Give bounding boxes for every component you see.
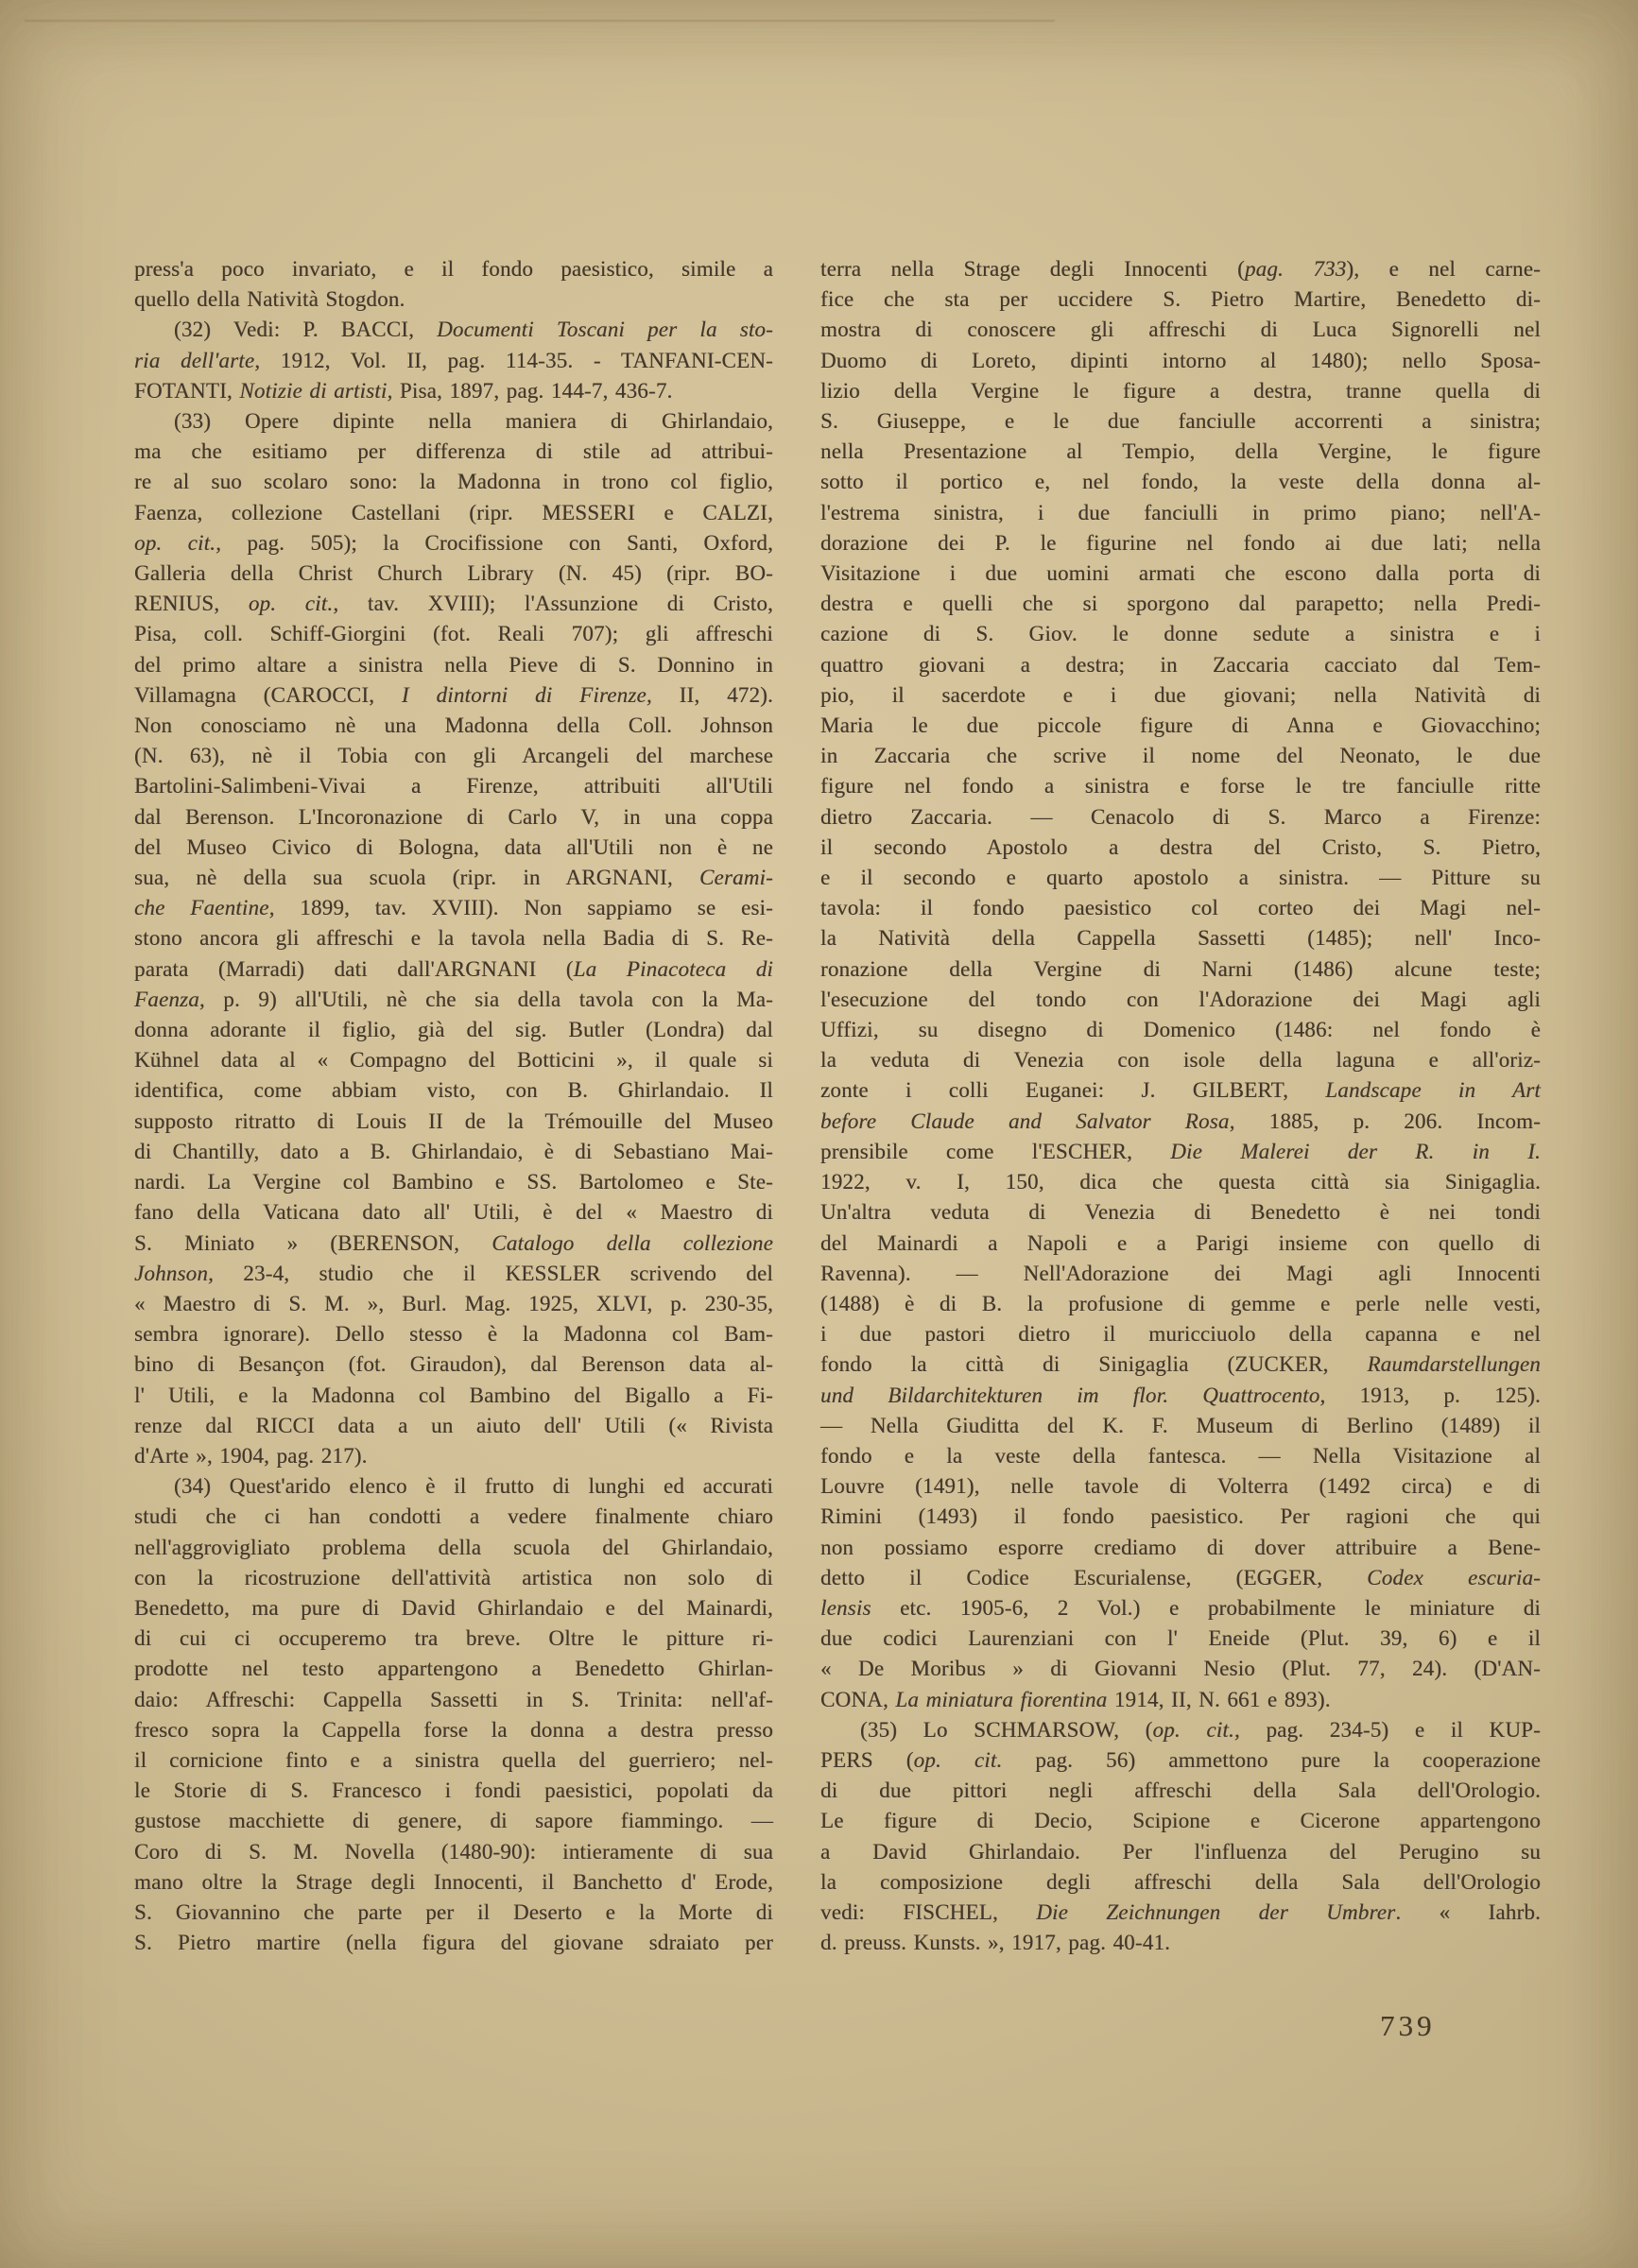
text-segment: ma che esitiamo per differenza di stile … <box>134 439 773 463</box>
text-segment: FOTANTI, <box>134 379 239 403</box>
text-line: ria dell'arte, 1912, Vol. II, pag. 114-3… <box>134 346 773 376</box>
text-line: la Natività della Cappella Sassetti (148… <box>820 923 1541 954</box>
text-line: 1922, v. I, 150, dica che questa città s… <box>820 1167 1541 1197</box>
text-segment: — Nella Giuditta del K. F. Museum di Ber… <box>820 1414 1541 1437</box>
italic-text-segment: Johnson, <box>134 1262 214 1285</box>
text-segment: nell'aggrovigliato problema della scuola… <box>134 1536 773 1559</box>
text-line: FOTANTI, Notizie di artisti, Pisa, 1897,… <box>134 376 773 406</box>
text-line: renze dal RICCI data a un aiuto dell' Ut… <box>134 1411 773 1441</box>
text-segment: di cui ci occuperemo tra breve. Oltre le… <box>134 1626 773 1650</box>
text-segment: CONA, <box>820 1688 895 1711</box>
text-line: bino di Besançon (fot. Giraudon), dal Be… <box>134 1349 773 1380</box>
text-segment: quello della Natività Stogdon. <box>134 287 405 311</box>
text-line: l'estrema sinistra, i due fanciulli in p… <box>820 498 1541 528</box>
text-line: Visitazione i due uomini armati che esco… <box>820 558 1541 589</box>
text-line: d. preuss. Kunsts. », 1917, pag. 40-41. <box>820 1928 1541 1958</box>
text-line: di due pittori negli affreschi della Sal… <box>820 1776 1541 1806</box>
text-segment: con la ricostruzione dell'attività artis… <box>134 1566 773 1589</box>
text-line: Maria le due piccole figure di Anna e Gi… <box>820 711 1541 741</box>
text-segment: vedi: FISCHEL, <box>820 1900 1036 1924</box>
text-segment: press'a poco invariato, e il fondo paesi… <box>134 257 773 281</box>
italic-text-segment: lensis <box>820 1596 871 1620</box>
text-line: Pisa, coll. Schiff-Giorgini (fot. Reali … <box>134 619 773 649</box>
text-segment: sembra ignorare). Dello stesso è la Mado… <box>134 1322 773 1346</box>
text-segment: S. Giuseppe, e le due fanciulle accorren… <box>820 409 1541 433</box>
text-line: Uffizi, su disegno di Domenico (1486: ne… <box>820 1015 1541 1045</box>
text-line: gustose macchiette di genere, di sapore … <box>134 1806 773 1836</box>
text-line: di cui ci occuperemo tra breve. Oltre le… <box>134 1624 773 1654</box>
text-segment: fondo e la veste della fantesca. — Nella… <box>820 1444 1541 1468</box>
italic-text-segment: op. cit. <box>914 1748 1003 1772</box>
text-line: Rimini (1493) il fondo paesistico. Per r… <box>820 1502 1541 1532</box>
text-segment: d. preuss. Kunsts. », 1917, pag. 40-41. <box>820 1931 1170 1954</box>
text-line: fice che sta per uccidere S. Pietro Mart… <box>820 284 1541 315</box>
text-segment: Rimini (1493) il fondo paesistico. Per r… <box>820 1504 1541 1528</box>
text-segment: due codici Laurenziani con l' Eneide (Pl… <box>820 1626 1541 1650</box>
italic-text-segment: und Bildarchitekturen im flor. Quattroce… <box>820 1383 1325 1407</box>
text-segment: Ravenna). — Nell'Adorazione dei Magi agl… <box>820 1262 1541 1285</box>
text-segment: (35) Lo SCHMARSOW, ( <box>860 1718 1152 1742</box>
text-line: op. cit., pag. 505); la Crocifissione co… <box>134 528 773 558</box>
text-segment: parata (Marradi) dati dall'ARGNANI ( <box>134 957 574 981</box>
text-segment: Pisa, coll. Schiff-Giorgini (fot. Reali … <box>134 622 773 645</box>
text-line: quattro giovani a destra; in Zaccaria ca… <box>820 650 1541 680</box>
text-line: studi che ci han condotti a vedere final… <box>134 1502 773 1532</box>
text-line: del Museo Civico di Bologna, data all'Ut… <box>134 833 773 863</box>
book-page: press'a poco invariato, e il fondo paesi… <box>0 0 1638 2268</box>
text-line: il secondo Apostolo a destra del Cristo,… <box>820 833 1541 863</box>
text-segment: terra nella Strage degli Innocenti ( <box>820 257 1245 281</box>
text-segment: Villamagna (CAROCCI, <box>134 683 402 707</box>
text-line: la composizione degli affreschi della Sa… <box>820 1867 1541 1898</box>
text-line: del Mainardi a Napoli e a Parigi insieme… <box>820 1228 1541 1259</box>
text-line: Benedetto, ma pure di David Ghirlandaio … <box>134 1593 773 1624</box>
text-line: detto il Codice Escurialense, (EGGER, Co… <box>820 1563 1541 1593</box>
text-line: (32) Vedi: P. BACCI, Documenti Toscani p… <box>134 315 773 345</box>
text-line: sembra ignorare). Dello stesso è la Mado… <box>134 1319 773 1349</box>
text-line: Ravenna). — Nell'Adorazione dei Magi agl… <box>820 1259 1541 1289</box>
text-line: zonte i colli Euganei: J. GILBERT, Lands… <box>820 1075 1541 1106</box>
text-segment: mano oltre la Strage degli Innocenti, il… <box>134 1870 773 1894</box>
text-segment: pio, il sacerdote e i due giovani; nella… <box>820 683 1541 707</box>
text-segment: (32) Vedi: P. BACCI, <box>174 318 437 341</box>
italic-text-segment: Codex escuria- <box>1367 1566 1541 1589</box>
text-line: before Claude and Salvator Rosa, 1885, p… <box>820 1107 1541 1137</box>
text-segment: 23-4, studio che il KESSLER scrivendo de… <box>214 1262 773 1285</box>
italic-text-segment: Die Zeichnungen der Umbrer <box>1036 1900 1395 1924</box>
italic-text-segment: Catalogo della collezione <box>491 1231 773 1255</box>
text-segment: detto il Codice Escurialense, (EGGER, <box>820 1566 1367 1589</box>
text-segment: il secondo Apostolo a destra del Cristo,… <box>820 835 1541 859</box>
text-line: nella Presentazione al Tempio, della Ver… <box>820 437 1541 467</box>
text-line: in Zaccaria che scrive il nome del Neona… <box>820 741 1541 771</box>
text-segment: e il secondo e quarto apostolo a sinistr… <box>820 866 1541 889</box>
text-line: parata (Marradi) dati dall'ARGNANI (La P… <box>134 954 773 985</box>
text-segment: tavola: il fondo paesistico col corteo d… <box>820 896 1541 919</box>
text-segment: 1913, p. 125). <box>1325 1383 1541 1407</box>
text-line: PERS (op. cit. pag. 56) ammettono pure l… <box>820 1745 1541 1776</box>
text-line: Un'altra veduta di Venezia di Benedetto … <box>820 1197 1541 1228</box>
text-line: S. Giovannino che parte per il Deserto e… <box>134 1898 773 1928</box>
text-segment: l'estrema sinistra, i due fanciulli in p… <box>820 501 1541 524</box>
text-segment: . « Iahrb. <box>1395 1900 1541 1924</box>
text-line: due codici Laurenziani con l' Eneide (Pl… <box>820 1624 1541 1654</box>
text-segment: dorazione dei P. le figurine nel fondo a… <box>820 531 1541 555</box>
text-segment: identifica, come abbiam visto, con B. Gh… <box>134 1078 773 1102</box>
text-line: del primo altare a sinistra nella Pieve … <box>134 650 773 680</box>
text-segment: fresco sopra la Cappella forse la donna … <box>134 1718 773 1742</box>
text-segment: del primo altare a sinistra nella Pieve … <box>134 653 773 677</box>
text-line: Galleria della Christ Church Library (N.… <box>134 558 773 589</box>
text-segment: a David Ghirlandaio. Per l'influenza del… <box>820 1840 1541 1864</box>
text-line: pio, il sacerdote e i due giovani; nella… <box>820 680 1541 711</box>
text-segment: non possiamo esporre crediamo di dover a… <box>820 1536 1541 1559</box>
text-line: a David Ghirlandaio. Per l'influenza del… <box>820 1837 1541 1867</box>
text-segment: studi che ci han condotti a vedere final… <box>134 1504 773 1528</box>
text-segment: « De Moribus » di Giovanni Nesio (Plut. … <box>820 1657 1541 1680</box>
text-segment: donna adorante il figlio, già del sig. B… <box>134 1018 773 1041</box>
text-line: di Chantilly, dato a B. Ghirlandaio, è d… <box>134 1137 773 1167</box>
text-segment: Galleria della Christ Church Library (N.… <box>134 561 773 585</box>
italic-text-segment: Cerami- <box>699 866 773 889</box>
text-segment: dietro Zaccaria. — Cenacolo di S. Marco … <box>820 805 1541 829</box>
text-segment: fice che sta per uccidere S. Pietro Mart… <box>820 287 1541 311</box>
text-line: prodotte nel testo appartengono a Benede… <box>134 1654 773 1684</box>
text-line: (1488) è di B. la profusione di gemme e … <box>820 1289 1541 1319</box>
text-line: ronazione della Vergine di Narni (1486) … <box>820 954 1541 985</box>
text-line: (35) Lo SCHMARSOW, (op. cit., pag. 234-5… <box>820 1715 1541 1745</box>
text-line: fano della Vaticana dato all' Utili, è d… <box>134 1197 773 1228</box>
text-line: Bartolini-Salimbeni-Vivai a Firenze, att… <box>134 771 773 801</box>
text-segment: 1914, II, N. 661 e 893). <box>1107 1688 1330 1711</box>
text-segment: Coro di S. M. Novella (1480-90): intiera… <box>134 1840 773 1864</box>
text-line: fondo e la veste della fantesca. — Nella… <box>820 1441 1541 1471</box>
text-line: mostra di conoscere gli affreschi di Luc… <box>820 315 1541 345</box>
text-line: S. Giuseppe, e le due fanciulle accorren… <box>820 406 1541 437</box>
text-line: dal Berenson. L'Incoronazione di Carlo V… <box>134 802 773 833</box>
text-line: dorazione dei P. le figurine nel fondo a… <box>820 528 1541 558</box>
italic-text-segment: Documenti Toscani per la sto- <box>437 318 773 341</box>
italic-text-segment: op. cit., <box>134 531 221 555</box>
text-segment: del Mainardi a Napoli e a Parigi insieme… <box>820 1231 1541 1255</box>
text-line: i due pastori dietro il muricciuolo dell… <box>820 1319 1541 1349</box>
text-segment: renze dal RICCI data a un aiuto dell' Ut… <box>134 1414 773 1437</box>
text-line: cazione di S. Giov. le donne sedute a si… <box>820 619 1541 649</box>
text-segment: figure nel fondo a sinistra e forse le t… <box>820 774 1541 798</box>
italic-text-segment: pag. 733 <box>1245 257 1346 281</box>
text-line: (34) Quest'arido elenco è il frutto di l… <box>134 1471 773 1502</box>
text-line: Coro di S. M. Novella (1480-90): intiera… <box>134 1837 773 1867</box>
text-segment: nella Presentazione al Tempio, della Ver… <box>820 439 1541 463</box>
text-line: sua, nè della sua scuola (ripr. in ARGNA… <box>134 863 773 893</box>
text-line: (N. 63), nè il Tobia con gli Arcangeli d… <box>134 741 773 771</box>
text-line: nell'aggrovigliato problema della scuola… <box>134 1533 773 1563</box>
text-segment: il cornicione finto e a sinistra quella … <box>134 1748 773 1772</box>
text-segment: p. 9) all'Utili, nè che sia della tavola… <box>205 988 773 1011</box>
text-segment: Benedetto, ma pure di David Ghirlandaio … <box>134 1596 773 1620</box>
text-line: prensibile come l'ESCHER, Die Malerei de… <box>820 1137 1541 1167</box>
text-segment: Non conosciamo nè una Madonna della Coll… <box>134 713 773 737</box>
text-segment: l'esecuzione del tondo con l'Adorazione … <box>820 988 1541 1011</box>
text-line: Faenza, p. 9) all'Utili, nè che sia dell… <box>134 985 773 1015</box>
text-segment: (33) Opere dipinte nella maniera di Ghir… <box>174 409 773 433</box>
text-segment: in Zaccaria che scrive il nome del Neona… <box>820 744 1541 767</box>
text-segment: (34) Quest'arido elenco è il frutto di l… <box>174 1474 773 1498</box>
text-line: e il secondo e quarto apostolo a sinistr… <box>820 863 1541 893</box>
text-line: S. Miniato » (BERENSON, Catalogo della c… <box>134 1228 773 1259</box>
text-line: Duomo di Loreto, dipinti intorno al 1480… <box>820 346 1541 376</box>
text-segment: l' Utili, e la Madonna col Bambino del B… <box>134 1383 773 1407</box>
text-segment: daio: Affreschi: Cappella Sassetti in S.… <box>134 1688 773 1711</box>
text-line: und Bildarchitekturen im flor. Quattroce… <box>820 1381 1541 1411</box>
text-segment: etc. 1905-6, 2 Vol.) e probabilmente le … <box>871 1596 1541 1620</box>
italic-text-segment: op. cit., <box>249 592 338 615</box>
text-line: Non conosciamo nè una Madonna della Coll… <box>134 711 773 741</box>
text-line: vedi: FISCHEL, Die Zeichnungen der Umbre… <box>820 1898 1541 1928</box>
text-segment: II, 472). <box>652 683 773 707</box>
text-segment: le Storie di S. Francesco i fondi paesis… <box>134 1778 773 1802</box>
text-line: d'Arte », 1904, pag. 217). <box>134 1441 773 1471</box>
text-segment: fondo la città di Sinigaglia (ZUCKER, <box>820 1352 1367 1376</box>
text-line: Johnson, 23-4, studio che il KESSLER scr… <box>134 1259 773 1289</box>
text-segment: ronazione della Vergine di Narni (1486) … <box>820 957 1541 981</box>
text-segment: RENIUS, <box>134 592 249 615</box>
text-segment: « Maestro di S. M. », Burl. Mag. 1925, X… <box>134 1292 773 1315</box>
text-segment: re al suo scolaro sono: la Madonna in tr… <box>134 470 773 493</box>
text-segment: Visitazione i due uomini armati che esco… <box>820 561 1541 585</box>
text-line: tavola: il fondo paesistico col corteo d… <box>820 893 1541 923</box>
text-segment: (N. 63), nè il Tobia con gli Arcangeli d… <box>134 744 773 767</box>
text-line: S. Pietro martire (nella figura del giov… <box>134 1928 773 1958</box>
italic-text-segment: Landscape in Art <box>1325 1078 1541 1102</box>
text-segment: quattro giovani a destra; in Zaccaria ca… <box>820 653 1541 677</box>
text-line: re al suo scolaro sono: la Madonna in tr… <box>134 467 773 497</box>
italic-text-segment: Die Malerei der R. in I. <box>1170 1140 1541 1163</box>
text-line: l'esecuzione del tondo con l'Adorazione … <box>820 985 1541 1015</box>
text-line: Villamagna (CAROCCI, I dintorni di Firen… <box>134 680 773 711</box>
text-line: il cornicione finto e a sinistra quella … <box>134 1745 773 1776</box>
text-segment: sotto il portico e, nel fondo, la veste … <box>820 470 1541 493</box>
text-line: sotto il portico e, nel fondo, la veste … <box>820 467 1541 497</box>
text-line: « Maestro di S. M. », Burl. Mag. 1925, X… <box>134 1289 773 1319</box>
text-segment: Bartolini-Salimbeni-Vivai a Firenze, att… <box>134 774 773 798</box>
text-line: supposto ritratto di Louis II de la Trém… <box>134 1107 773 1137</box>
text-line: mano oltre la Strage degli Innocenti, il… <box>134 1867 773 1898</box>
text-line: con la ricostruzione dell'attività artis… <box>134 1563 773 1593</box>
text-segment: bino di Besançon (fot. Giraudon), dal Be… <box>134 1352 773 1376</box>
text-segment: la veduta di Venezia con isole della lag… <box>820 1048 1541 1072</box>
text-segment: prensibile come l'ESCHER, <box>820 1140 1170 1163</box>
text-segment: la Natività della Cappella Sassetti (148… <box>820 926 1541 950</box>
text-segment: dal Berenson. L'Incoronazione di Carlo V… <box>134 805 773 829</box>
text-segment: lizio della Vergine le figure a destra, … <box>820 379 1541 403</box>
text-segment: sua, nè della sua scuola (ripr. in ARGNA… <box>134 866 699 889</box>
text-line: daio: Affreschi: Cappella Sassetti in S.… <box>134 1685 773 1715</box>
text-segment: Louvre (1491), nelle tavole di Volterra … <box>820 1474 1541 1498</box>
text-segment: di due pittori negli affreschi della Sal… <box>820 1778 1541 1802</box>
text-segment: 1922, v. I, 150, dica che questa città s… <box>820 1170 1541 1194</box>
text-segment: di Chantilly, dato a B. Ghirlandaio, è d… <box>134 1140 773 1163</box>
text-segment: fano della Vaticana dato all' Utili, è d… <box>134 1200 773 1224</box>
text-line: quello della Natività Stogdon. <box>134 284 773 315</box>
text-segment: i due pastori dietro il muricciuolo dell… <box>820 1322 1541 1346</box>
text-segment: pag. 505); la Crocifissione con Santi, O… <box>221 531 773 555</box>
text-line: le Storie di S. Francesco i fondi paesis… <box>134 1776 773 1806</box>
text-line: lensis etc. 1905-6, 2 Vol.) e probabilme… <box>820 1593 1541 1624</box>
text-line: press'a poco invariato, e il fondo paesi… <box>134 254 773 284</box>
text-segment: (1488) è di B. la profusione di gemme e … <box>820 1292 1541 1315</box>
text-line: dietro Zaccaria. — Cenacolo di S. Marco … <box>820 802 1541 833</box>
text-line: fresco sopra la Cappella forse la donna … <box>134 1715 773 1745</box>
text-segment: Un'altra veduta di Venezia di Benedetto … <box>820 1200 1541 1224</box>
italic-text-segment: La miniatura fiorentina <box>895 1688 1107 1711</box>
italic-text-segment: che Faentine, <box>134 896 275 919</box>
text-line: nardi. La Vergine col Bambino e SS. Bart… <box>134 1167 773 1197</box>
text-segment: S. Giovannino che parte per il Deserto e… <box>134 1900 773 1924</box>
text-segment: cazione di S. Giov. le donne sedute a si… <box>820 622 1541 645</box>
text-line: donna adorante il figlio, già del sig. B… <box>134 1015 773 1045</box>
text-segment: del Museo Civico di Bologna, data all'Ut… <box>134 835 773 859</box>
text-line: stono ancora gli affreschi e la tavola n… <box>134 923 773 954</box>
text-line: (33) Opere dipinte nella maniera di Ghir… <box>134 406 773 437</box>
text-line: la veduta di Venezia con isole della lag… <box>820 1045 1541 1075</box>
text-segment: S. Miniato » (BERENSON, <box>134 1231 491 1255</box>
text-line: identifica, come abbiam visto, con B. Gh… <box>134 1075 773 1106</box>
text-segment: gustose macchiette di genere, di sapore … <box>134 1809 773 1832</box>
italic-text-segment: op. cit., <box>1152 1718 1239 1742</box>
text-segment: 1912, Vol. II, pag. 114-35. - TANFANI-CE… <box>260 349 773 372</box>
text-segment: tav. XVIII); l'Assunzione di Cristo, <box>338 592 773 615</box>
text-line: terra nella Strage degli Innocenti (pag.… <box>820 254 1541 284</box>
text-line: fondo la città di Sinigaglia (ZUCKER, Ra… <box>820 1349 1541 1380</box>
text-line: Kühnel data al « Compagno del Botticini … <box>134 1045 773 1075</box>
text-line: « De Moribus » di Giovanni Nesio (Plut. … <box>820 1654 1541 1684</box>
text-line: Faenza, collezione Castellani (ripr. MES… <box>134 498 773 528</box>
text-segment: PERS ( <box>820 1748 914 1772</box>
italic-text-segment: Raumdarstellungen <box>1367 1352 1541 1376</box>
italic-text-segment: I dintorni di Firenze, <box>402 683 652 707</box>
text-line: Le figure di Decio, Scipione e Cicerone … <box>820 1806 1541 1836</box>
scan-artifact-line <box>25 20 1055 22</box>
text-line: l' Utili, e la Madonna col Bambino del B… <box>134 1381 773 1411</box>
text-line: destra e quelli che si sporgono dal para… <box>820 589 1541 619</box>
italic-text-segment: Faenza, <box>134 988 205 1011</box>
italic-text-segment: ria dell'arte, <box>134 349 260 372</box>
text-segment: Uffizi, su disegno di Domenico (1486: ne… <box>820 1018 1541 1041</box>
text-line: non possiamo esporre crediamo di dover a… <box>820 1533 1541 1563</box>
text-line: ma che esitiamo per differenza di stile … <box>134 437 773 467</box>
text-line: lizio della Vergine le figure a destra, … <box>820 376 1541 406</box>
text-segment: S. Pietro martire (nella figura del giov… <box>134 1931 773 1954</box>
text-segment: destra e quelli che si sporgono dal para… <box>820 592 1541 615</box>
text-segment: la composizione degli affreschi della Sa… <box>820 1870 1541 1894</box>
text-line: figure nel fondo a sinistra e forse le t… <box>820 771 1541 801</box>
page-number: 739 <box>1380 2009 1436 2043</box>
text-segment: Kühnel data al « Compagno del Botticini … <box>134 1048 773 1072</box>
italic-text-segment: before Claude and Salvator Rosa, <box>820 1109 1235 1133</box>
text-segment: Pisa, 1897, pag. 144-7, 436-7. <box>392 379 672 403</box>
text-line: che Faentine, 1899, tav. XVIII). Non sap… <box>134 893 773 923</box>
text-segment: Maria le due piccole figure di Anna e Gi… <box>820 713 1541 737</box>
text-segment: Faenza, collezione Castellani (ripr. MES… <box>134 501 773 524</box>
text-segment: zonte i colli Euganei: J. GILBERT, <box>820 1078 1325 1102</box>
italic-text-segment: La Pinacoteca di <box>574 957 773 981</box>
text-line: CONA, La miniatura fiorentina 1914, II, … <box>820 1685 1541 1715</box>
text-segment: Le figure di Decio, Scipione e Cicerone … <box>820 1809 1541 1832</box>
right-text-column: terra nella Strage degli Innocenti (pag.… <box>820 254 1541 1958</box>
text-line: RENIUS, op. cit., tav. XVIII); l'Assunzi… <box>134 589 773 619</box>
text-segment: 1899, tav. XVIII). Non sappiamo se esi- <box>275 896 773 919</box>
text-segment: 1885, p. 206. Incom- <box>1235 1109 1541 1133</box>
text-line: Louvre (1491), nelle tavole di Volterra … <box>820 1471 1541 1502</box>
text-segment: prodotte nel testo appartengono a Benede… <box>134 1657 773 1680</box>
text-segment: d'Arte », 1904, pag. 217). <box>134 1444 368 1468</box>
text-segment: supposto ritratto di Louis II de la Trém… <box>134 1109 773 1133</box>
text-segment: stono ancora gli affreschi e la tavola n… <box>134 926 773 950</box>
text-segment: ), e nel carne- <box>1346 257 1541 281</box>
text-segment: pag. 234-5) e il KUP- <box>1240 1718 1541 1742</box>
text-line: — Nella Giuditta del K. F. Museum di Ber… <box>820 1411 1541 1441</box>
text-segment: nardi. La Vergine col Bambino e SS. Bart… <box>134 1170 773 1194</box>
text-segment: pag. 56) ammettono pure la cooperazione <box>1002 1748 1541 1772</box>
left-text-column: press'a poco invariato, e il fondo paesi… <box>134 254 773 1958</box>
italic-text-segment: Notizie di artisti, <box>239 379 392 403</box>
text-segment: Duomo di Loreto, dipinti intorno al 1480… <box>820 349 1541 372</box>
text-segment: mostra di conoscere gli affreschi di Luc… <box>820 318 1541 341</box>
